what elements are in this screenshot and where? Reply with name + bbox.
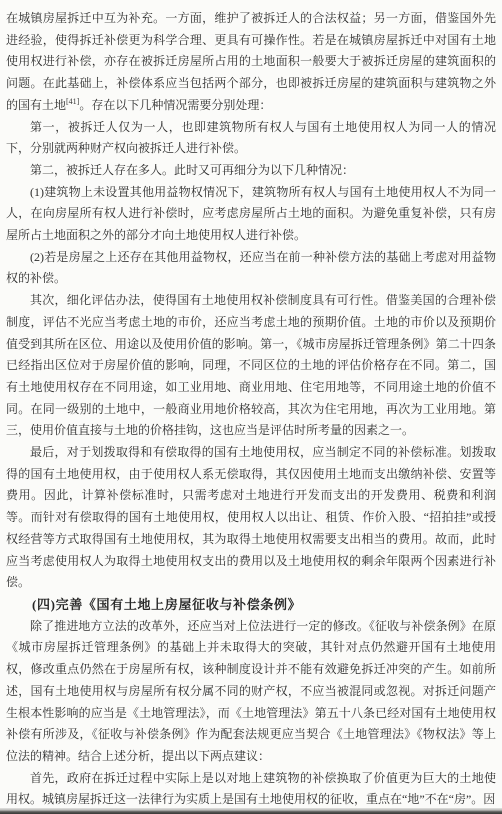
paragraph-legislation-reform: 除了推进地方立法的改革外，还应当对上位法进行一定的修改。《征收与补偿条例》在原《…	[6, 616, 496, 768]
scan-page-edge	[0, 808, 502, 814]
paragraph-evaluation-methods: 其次，细化评估办法，使得国有土地使用权补偿制度具有可行性。借鉴美国的合理补偿制度…	[6, 290, 496, 442]
document-page: 在城镇房屋拆迁中互为补充。一方面，维护了被拆迁人的合法权益；另一方面，借鉴国外先…	[0, 0, 502, 814]
paragraph-first-case: 第一，被拆迁人仅为一人，也即建筑物所有权人与国有土地使用权人为同一人的情况下，分…	[6, 117, 496, 160]
footnote-ref-41: [41]	[66, 97, 79, 106]
paragraph-suggestion-first: 首先，政府在拆迁过程中实际上是以对地上建筑物的补偿换取了价值更为巨大的土地使用权…	[6, 768, 496, 811]
paragraph-subcase-1: (1)建筑物上未设置其他用益物权情况下，建筑物所有权人与国有土地使用权人不为同一…	[6, 182, 496, 247]
section-heading: (四)完善《国有土地上房屋征收与补偿条例》	[6, 594, 496, 616]
paragraph-subcase-2: (2)若是房屋之上还存在其他用益物权，还应当在前一种补偿方法的基础上考虑对用益物…	[6, 247, 496, 290]
paragraph-text: 。存在以下几种情况需要分别处理：	[79, 98, 271, 112]
paragraph-compensation-standards: 最后，对于划拨取得和有偿取得的国有土地使用权，应当制定不同的补偿标准。划拨取得的…	[6, 442, 496, 594]
paragraph-second-case: 第二，被拆迁人存在多人。此时又可再细分为以下几种情况：	[6, 160, 496, 182]
paragraph-text: 在城镇房屋拆迁中互为补充。一方面，维护了被拆迁人的合法权益；另一方面，借鉴国外先…	[6, 11, 496, 112]
paragraph-continuation: 在城镇房屋拆迁中互为补充。一方面，维护了被拆迁人的合法权益；另一方面，借鉴国外先…	[6, 8, 496, 117]
